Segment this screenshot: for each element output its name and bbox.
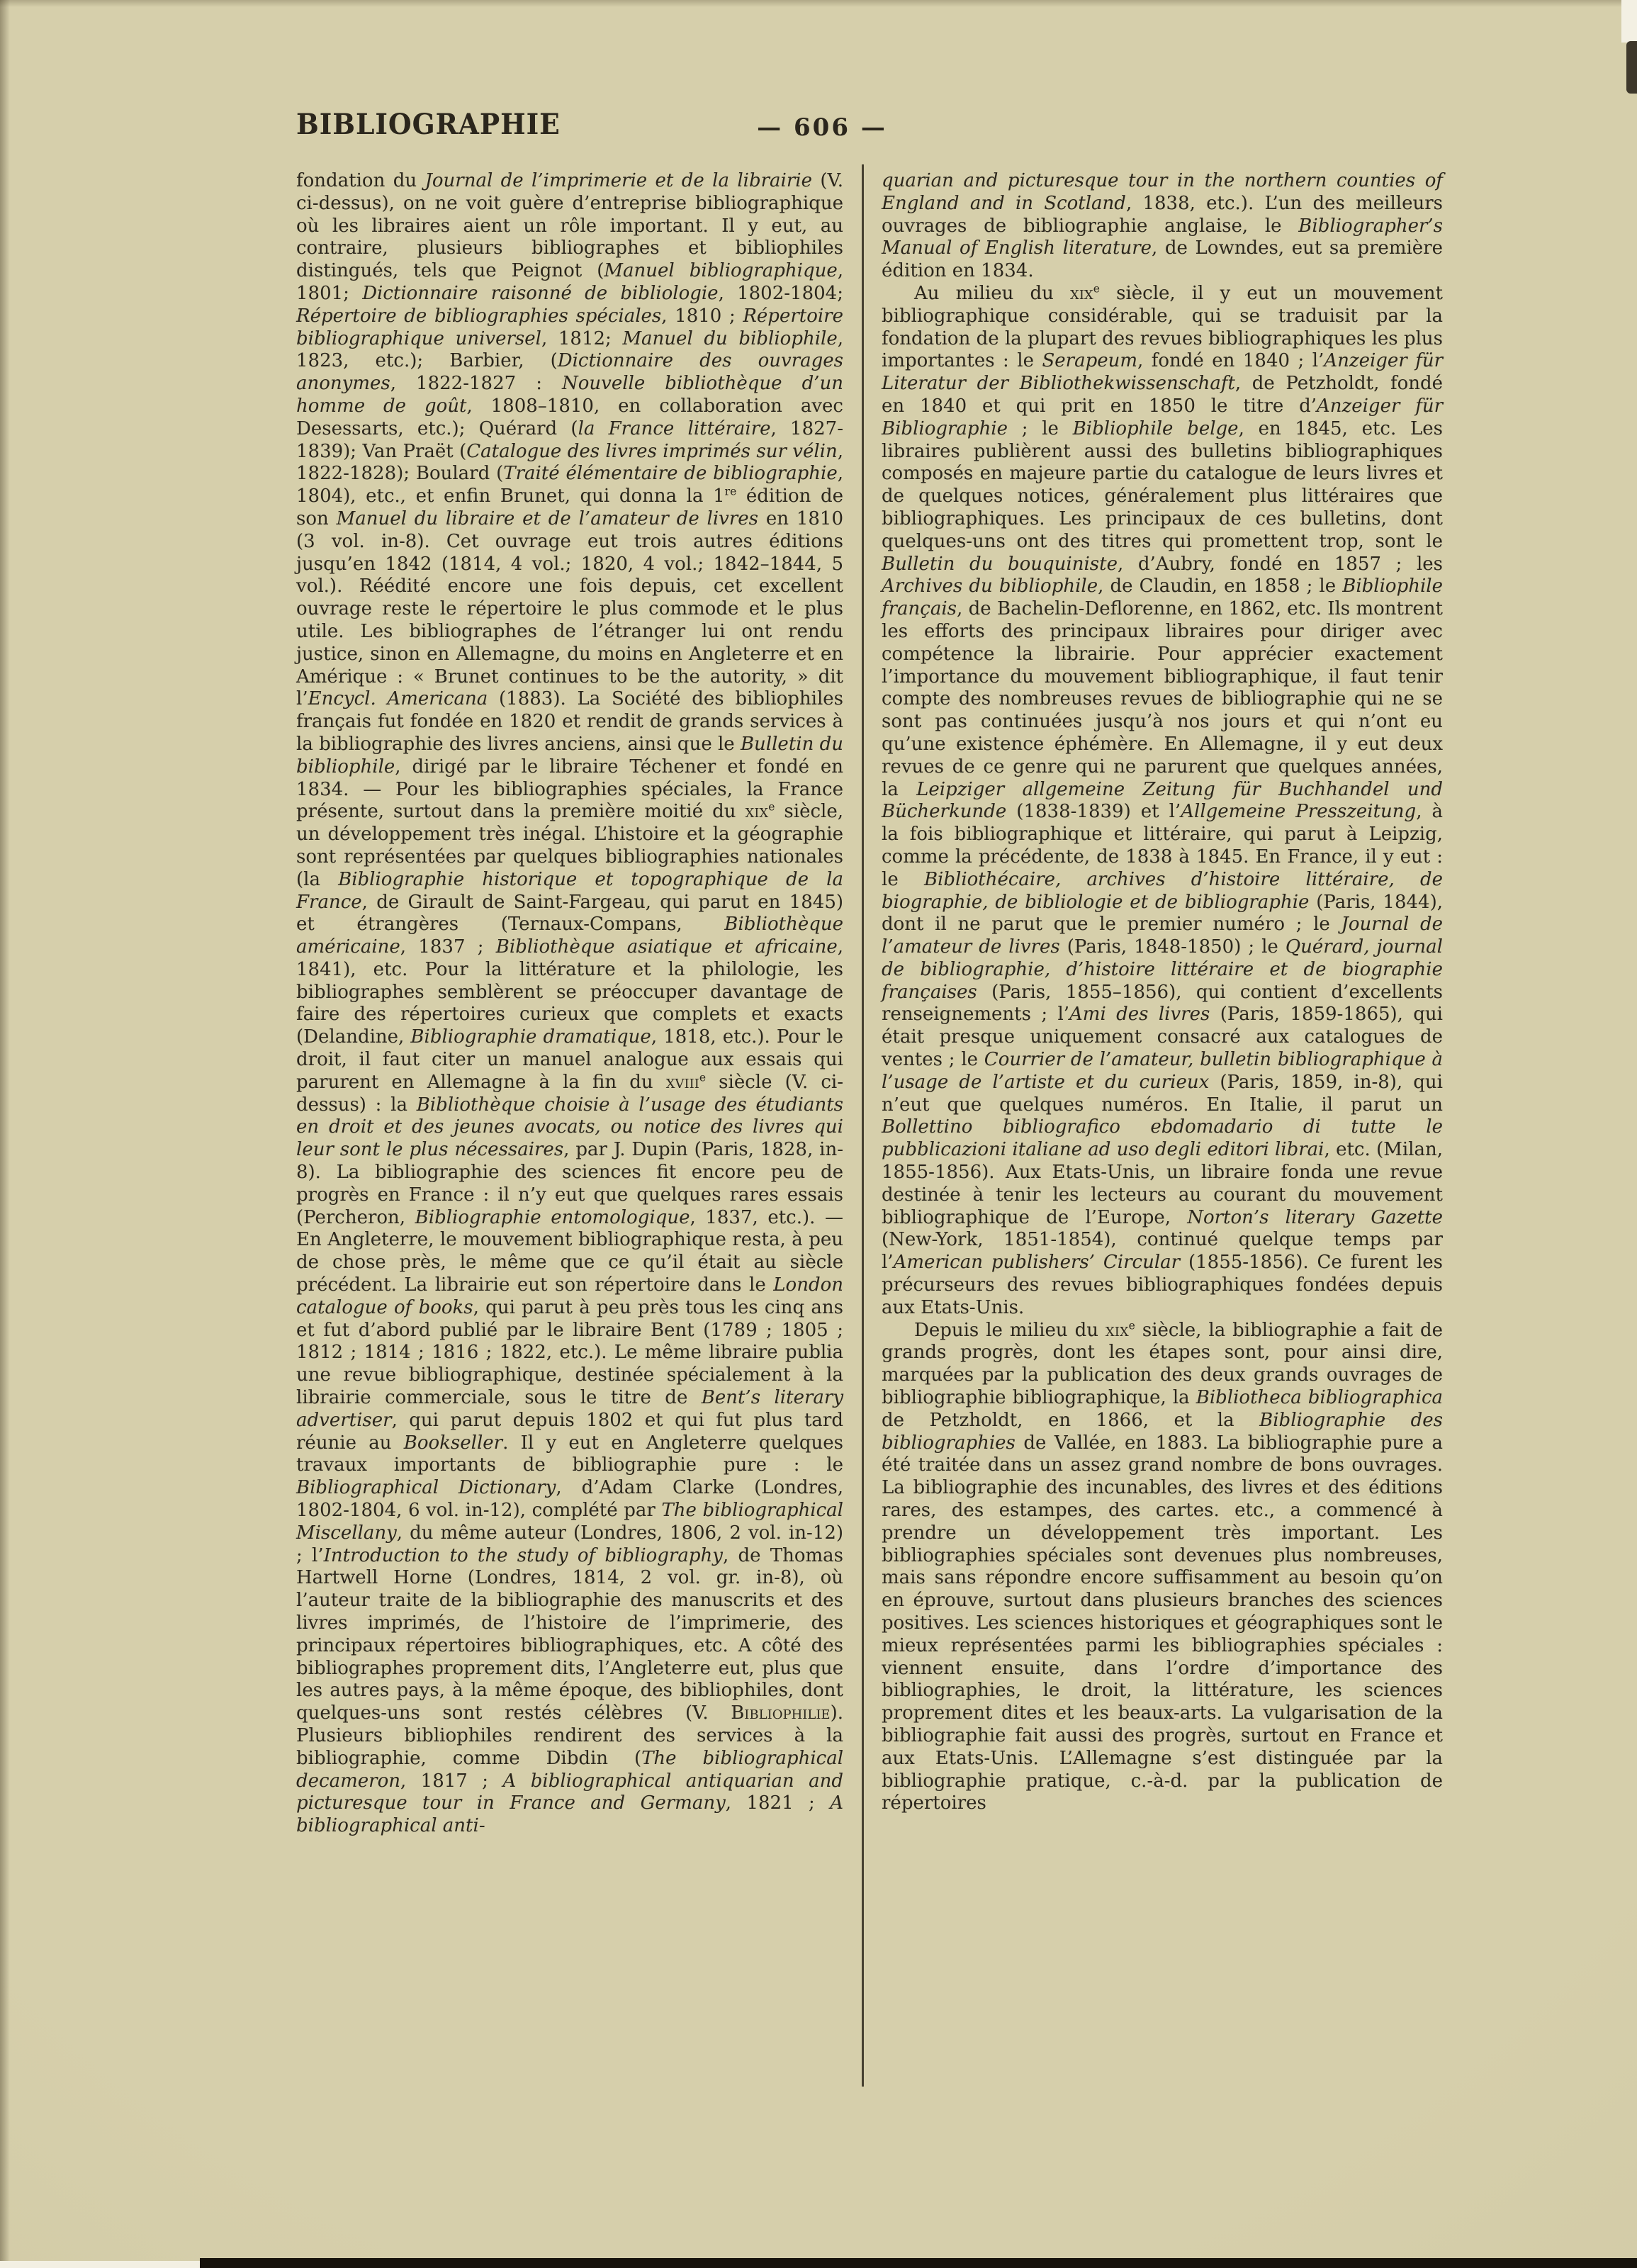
text-segment: Bibliographical Dictionary: [296, 1477, 556, 1498]
text-segment: Au milieu du: [914, 283, 1070, 304]
text-segment: fondation du: [296, 170, 424, 191]
column-right: quarian and picturesque tour in the nort…: [882, 170, 1443, 1815]
paragraph: Depuis le milieu du xixe siècle, la bibl…: [882, 1320, 1443, 1816]
text-segment: Encycl. Americana: [308, 688, 488, 709]
text-segment: Serapeum: [1042, 350, 1137, 371]
text-segment: Manuel du libraire et de l’amateur de li…: [337, 508, 758, 529]
text-segment: re: [725, 485, 737, 498]
text-segment: e: [1129, 1319, 1135, 1332]
text-segment: Traité élémentaire de bibliographie: [503, 463, 837, 484]
text-segment: la France littéraire: [578, 418, 771, 439]
column-divider-rule: [862, 164, 864, 2087]
text-segment: Dictionnaire raisonné de bibliologie: [362, 283, 718, 304]
scan-artifact-right-smudge: [1626, 41, 1637, 94]
text-segment: Manuel du bibliophile: [622, 328, 837, 349]
text-segment: , 1822-1827 :: [390, 373, 562, 394]
text-segment: Ami des livres: [1069, 1004, 1210, 1025]
text-segment: , de Bachelin-Deflorenne, en 1862, etc. …: [882, 598, 1443, 799]
text-segment: ; le: [1008, 418, 1073, 439]
text-segment: Journal de l’imprimerie et de la librair…: [424, 170, 812, 191]
text-segment: , de Thomas Hartwell Horne (Londres, 181…: [296, 1545, 843, 1724]
text-segment: , 1821 ;: [726, 1792, 830, 1814]
text-segment: Bibliographie dramatique: [410, 1026, 651, 1048]
text-segment: , 1810 ;: [661, 305, 743, 327]
text-segment: xviii: [666, 1072, 699, 1093]
text-segment: Introduction to the study of bibliograph…: [324, 1545, 723, 1566]
scan-edge-shadow-left: [0, 0, 10, 2268]
text-segment: Bibliophile belge: [1073, 418, 1239, 439]
scan-edge-shadow-top: [0, 0, 1637, 7]
text-segment: , 1812;: [541, 328, 622, 349]
scan-artifact-top-right-sliver: [1621, 0, 1637, 43]
text-segment: de Vallée, en 1883. La bibliographie pur…: [882, 1432, 1443, 1814]
text-segment: e: [1093, 282, 1100, 295]
text-segment: , fondé en 1840 ; l’: [1137, 350, 1324, 371]
text-segment: , d’Aubry, fondé en 1857 ; les: [1118, 554, 1443, 575]
running-title: BIBLIOGRAPHIE: [296, 108, 561, 141]
text-segment: (1838-1839) et l’: [1006, 801, 1181, 822]
text-segment: xix: [1070, 283, 1093, 304]
text-segment: Catalogue des livres imprimés sur vélin: [466, 441, 838, 462]
text-segment: Archives du bibliophile: [882, 576, 1098, 597]
text-segment: Manuel bibliographique: [604, 260, 837, 281]
text-segment: American publishers’ Circular: [894, 1252, 1181, 1273]
page-number: — 606 —: [680, 113, 964, 142]
column-left: fondation du Journal de l’imprimerie et …: [296, 170, 843, 1838]
text-segment: Bibliotheca bibliographica: [1196, 1387, 1443, 1408]
text-segment: xix: [745, 801, 768, 822]
text-segment: en 1810 (3 vol. in-8). Cet ouvrage eut t…: [296, 508, 843, 709]
paragraph: fondation du Journal de l’imprimerie et …: [296, 170, 843, 1838]
text-segment: , 1817 ;: [400, 1770, 503, 1792]
text-segment: Bibliographie entomologique: [415, 1207, 690, 1228]
text-segment: e: [699, 1071, 706, 1084]
scanned-page: BIBLIOGRAPHIE — 606 — fondation du Journ…: [0, 0, 1637, 2268]
text-segment: , 1837 ;: [400, 936, 496, 958]
text-segment: Bibliothèque asiatique et africaine: [496, 936, 838, 958]
paragraph: quarian and picturesque tour in the nort…: [882, 170, 1443, 283]
text-columns: fondation du Journal de l’imprimerie et …: [296, 170, 1443, 2087]
text-segment: Allgemeine Presszeitung: [1181, 801, 1416, 822]
scan-artifact-bottom-left-sliver: [0, 2261, 200, 2268]
text-segment: Bookseller: [404, 1432, 502, 1454]
text-segment: Depuis le milieu du: [914, 1320, 1106, 1341]
text-segment: Répertoire de bibliographies spéciales: [296, 305, 661, 327]
column-divider: [843, 164, 882, 2087]
text-segment: xix: [1106, 1320, 1129, 1341]
scan-artifact-bottom-bar: [200, 2258, 1637, 2268]
text-segment: (Paris, 1848-1850) ; le: [1060, 936, 1286, 958]
text-segment: Bibliophilie: [731, 1702, 830, 1724]
text-segment: , de Claudin, en 1858 ; le: [1098, 576, 1342, 597]
paragraph: Au milieu du xixe siècle, il y eut un mo…: [882, 283, 1443, 1320]
text-segment: Bulletin du bouquiniste: [882, 554, 1118, 575]
text-segment: , 1802-1804;: [719, 283, 843, 304]
text-segment: de Petzholdt, en 1866, et la: [882, 1410, 1259, 1431]
text-segment: Norton’s literary Gazette: [1187, 1207, 1443, 1228]
